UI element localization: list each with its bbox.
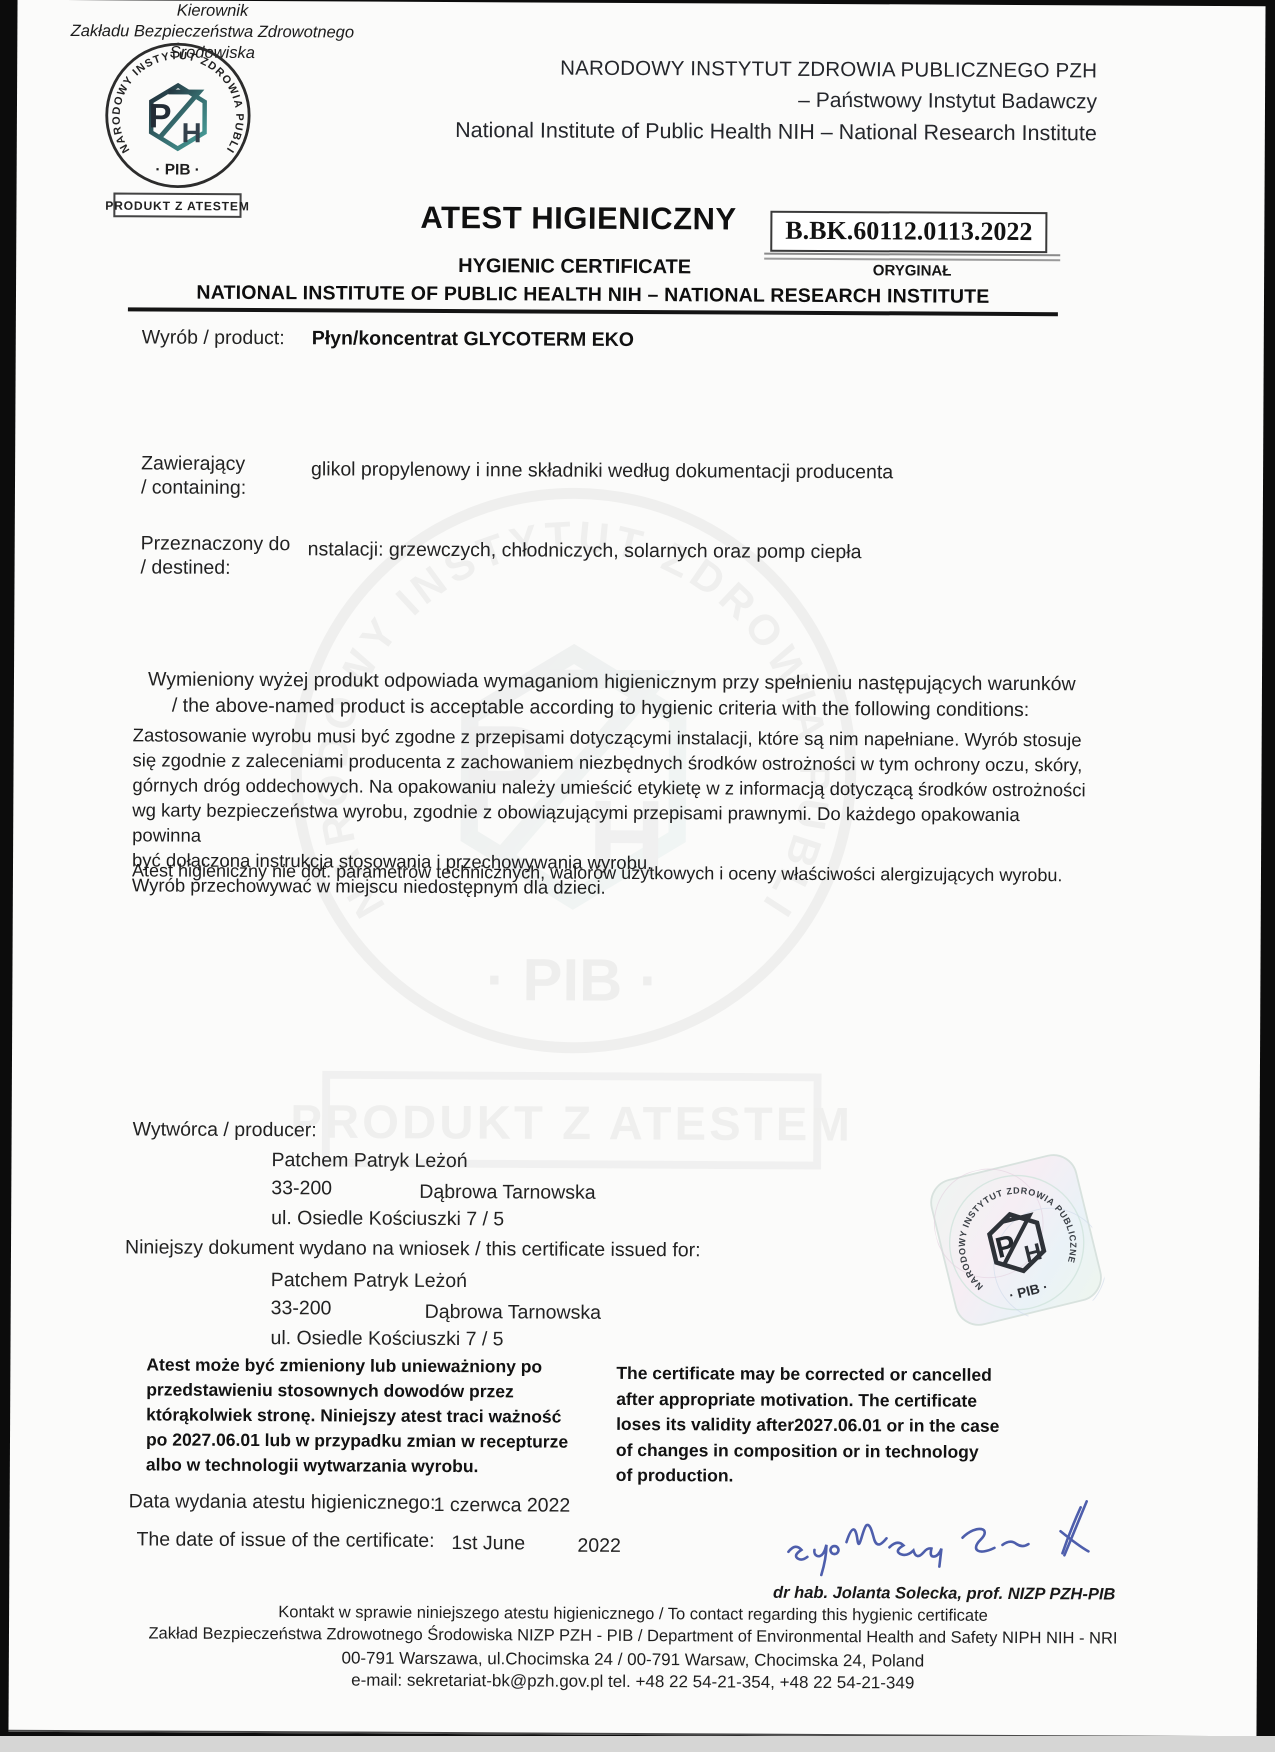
org-header: NARODOWY INSTYTUT ZDROWIA PUBLICZNEGO PZ… xyxy=(455,56,1097,146)
producer-street: ul. Osiedle Kościuszki 7 / 5 xyxy=(271,1207,504,1231)
institute-seal-logo: NARODOWY INSTYTUT ZDROWIA PUBLICZNEGO · … xyxy=(96,38,259,221)
certificate-title-pl: ATEST HIGIENICZNY xyxy=(420,200,736,238)
signatory-title-1: Kierownik xyxy=(17,0,407,23)
issue-date-label-pl: Data wydania atestu higienicznego: xyxy=(129,1490,436,1515)
issue-date-value-pl: 1 czerwca 2022 xyxy=(434,1494,571,1518)
original-label: ORYGINAŁ xyxy=(770,262,1054,280)
institute-heading: NATIONAL INSTITUTE OF PUBLIC HEALTH NIH … xyxy=(126,281,1060,309)
conditions-intro-pl: Wymieniony wyżej produkt odpowiada wymag… xyxy=(148,668,1076,696)
containing-value: glikol propylenowy i inne składniki wedł… xyxy=(311,458,893,484)
org-name-en: National Institute of Public Health NIH … xyxy=(455,118,1097,146)
issued-for-city: Dąbrowa Tarnowska xyxy=(425,1301,601,1325)
producer-city: Dąbrowa Tarnowska xyxy=(419,1181,595,1205)
scan-bottom-edge xyxy=(0,1736,1275,1752)
product-label: Wyrób / product: xyxy=(142,326,285,350)
footer-email-phone-line: e-mail: sekretariat-bk@pzh.gov.pl tel. +… xyxy=(9,1669,1257,1696)
issued-for-street: ul. Osiedle Kościuszki 7 / 5 xyxy=(270,1327,503,1351)
heading-rule xyxy=(128,307,1058,316)
issued-for-label: Niniejszy dokument wydano na wniosek / t… xyxy=(125,1236,701,1262)
footer-department-line: Zakład Bezpieczeństwa Zdrowotnego Środow… xyxy=(9,1624,1257,1650)
issue-date-day-en: 1st June xyxy=(451,1532,525,1555)
validity-paragraph-pl: Atest może być zmieniony lub unieważnion… xyxy=(146,1352,569,1479)
destined-value: nstalacji: grzewczych, chłodniczych, sol… xyxy=(308,538,862,564)
issue-date-label-en: The date of issue of the certificate: xyxy=(136,1528,434,1553)
seal-pib-text: · PIB · xyxy=(155,161,199,178)
footer-contact-line: Kontakt w sprawie niniejszego atestu hig… xyxy=(9,1602,1257,1628)
signatory-name: dr hab. Jolanta Solecka, prof. NIZP PZH-… xyxy=(744,1584,1144,1605)
hologram-sticker: NARODOWY INSTYTUT ZDROWIA PUBLICZNEGO · … xyxy=(923,1147,1109,1333)
number-underline xyxy=(764,253,1060,262)
destined-label-pl: Przeznaczony do xyxy=(141,532,291,556)
org-subtitle-pl: – Państwowy Instytut Badawczy xyxy=(455,87,1097,114)
producer-name: Patchem Patryk Leżoń xyxy=(271,1149,467,1173)
containing-label-pl: Zawierający xyxy=(141,452,245,476)
producer-postal: 33-200 xyxy=(271,1177,332,1200)
conditions-intro-en: / the above-named product is acceptable … xyxy=(172,695,1030,722)
conditions-disclaimer: Atest higieniczny nie dot. parametrów te… xyxy=(132,858,1063,888)
issue-date-year-en: 2022 xyxy=(577,1535,621,1558)
containing-label-en: / containing: xyxy=(141,476,246,500)
issued-for-postal: 33-200 xyxy=(271,1297,332,1320)
product-value: Płyn/koncentrat GLYCOTERM EKO xyxy=(312,327,634,352)
issued-for-name: Patchem Patryk Leżoń xyxy=(271,1269,467,1293)
handwritten-signature xyxy=(774,1492,1105,1594)
destined-label-en: / destined: xyxy=(141,556,231,579)
scanned-certificate: NARODOWY INSTYTUT ZDROWIA PUBLICZNEGO · … xyxy=(0,0,1275,1752)
producer-label: Wytwórca / producer: xyxy=(133,1118,317,1142)
seal-box-label: PRODUKT Z ATESTEM xyxy=(105,199,250,214)
validity-paragraph-en: The certificate may be corrected or canc… xyxy=(616,1361,1000,1491)
seal-monogram-h: H xyxy=(182,117,202,148)
certificate-number: B.BK.60112.0113.2022 xyxy=(770,211,1047,253)
certificate-title-en: HYGIENIC CERTIFICATE xyxy=(458,255,691,279)
org-name-pl: NARODOWY INSTYTUT ZDROWIA PUBLICZNEGO PZ… xyxy=(455,56,1097,83)
certificate-page: NARODOWY INSTYTUT ZDROWIA PUBLICZNEGO · … xyxy=(8,0,1265,1738)
